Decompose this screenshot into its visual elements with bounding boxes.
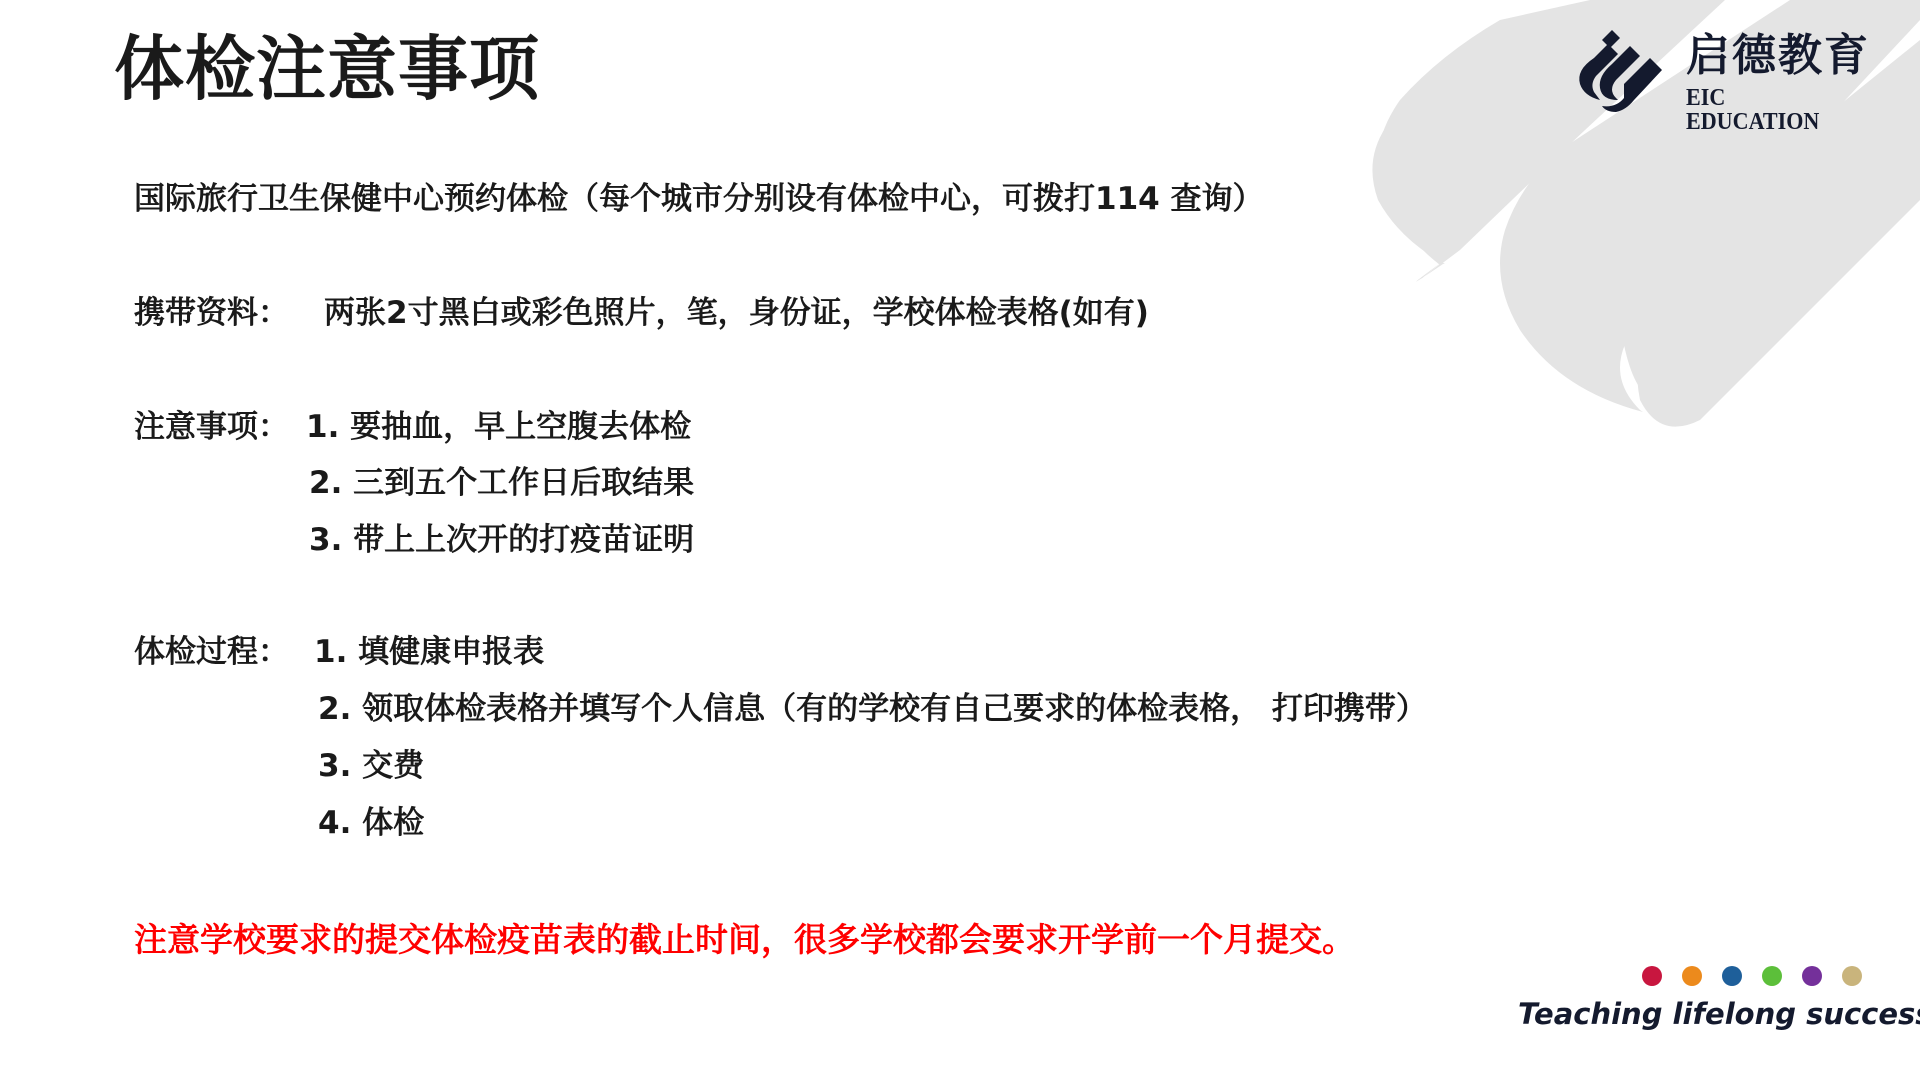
booking-line: 国际旅行卫生保健中心预约体检（每个城市分别设有体检中心，可拨打114 查询） [134,184,1264,215]
process-item: 4. 体检 [318,808,424,839]
notes-item: 2. 三到五个工作日后取结果 [309,468,694,499]
dot-gold-icon [1842,966,1862,986]
eic-logo-mark-icon [1572,28,1668,120]
dot-orange-icon [1682,966,1702,986]
dot-green-icon [1762,966,1782,986]
deadline-warning: 注意学校要求的提交体检疫苗表的截止时间，很多学校都会要求开学前一个月提交。 [134,923,1355,956]
logo-chinese-name: 启德教育 [1686,34,1870,78]
tagline: Teaching lifelong success [1518,1000,1920,1029]
dot-blue-icon [1722,966,1742,986]
materials-label: 携带资料： [134,298,289,329]
process-item: 3. 交费 [318,751,424,782]
process-item: 1. 填健康申报表 [314,637,544,668]
brand-color-dots [1642,966,1862,986]
process-label: 体检过程： [134,637,289,668]
dot-red-icon [1642,966,1662,986]
materials-text: 两张2寸黑白或彩色照片，笔，身份证，学校体检表格(如有) [324,298,1149,329]
notes-label: 注意事项： [134,412,289,443]
notes-item: 3. 带上上次开的打疫苗证明 [309,525,694,556]
dot-purple-icon [1802,966,1822,986]
eic-education-logo: 启德教育 EIC EDUCATION [1572,28,1872,123]
notes-item: 1. 要抽血，早上空腹去体检 [306,412,691,443]
background-swoosh-decoration [0,0,1920,1080]
slide-title: 体检注意事项 [114,34,540,104]
process-item: 2. 领取体检表格并填写个人信息（有的学校有自己要求的体检表格， 打印携带） [318,694,1427,725]
logo-english-name: EIC EDUCATION [1686,86,1857,134]
